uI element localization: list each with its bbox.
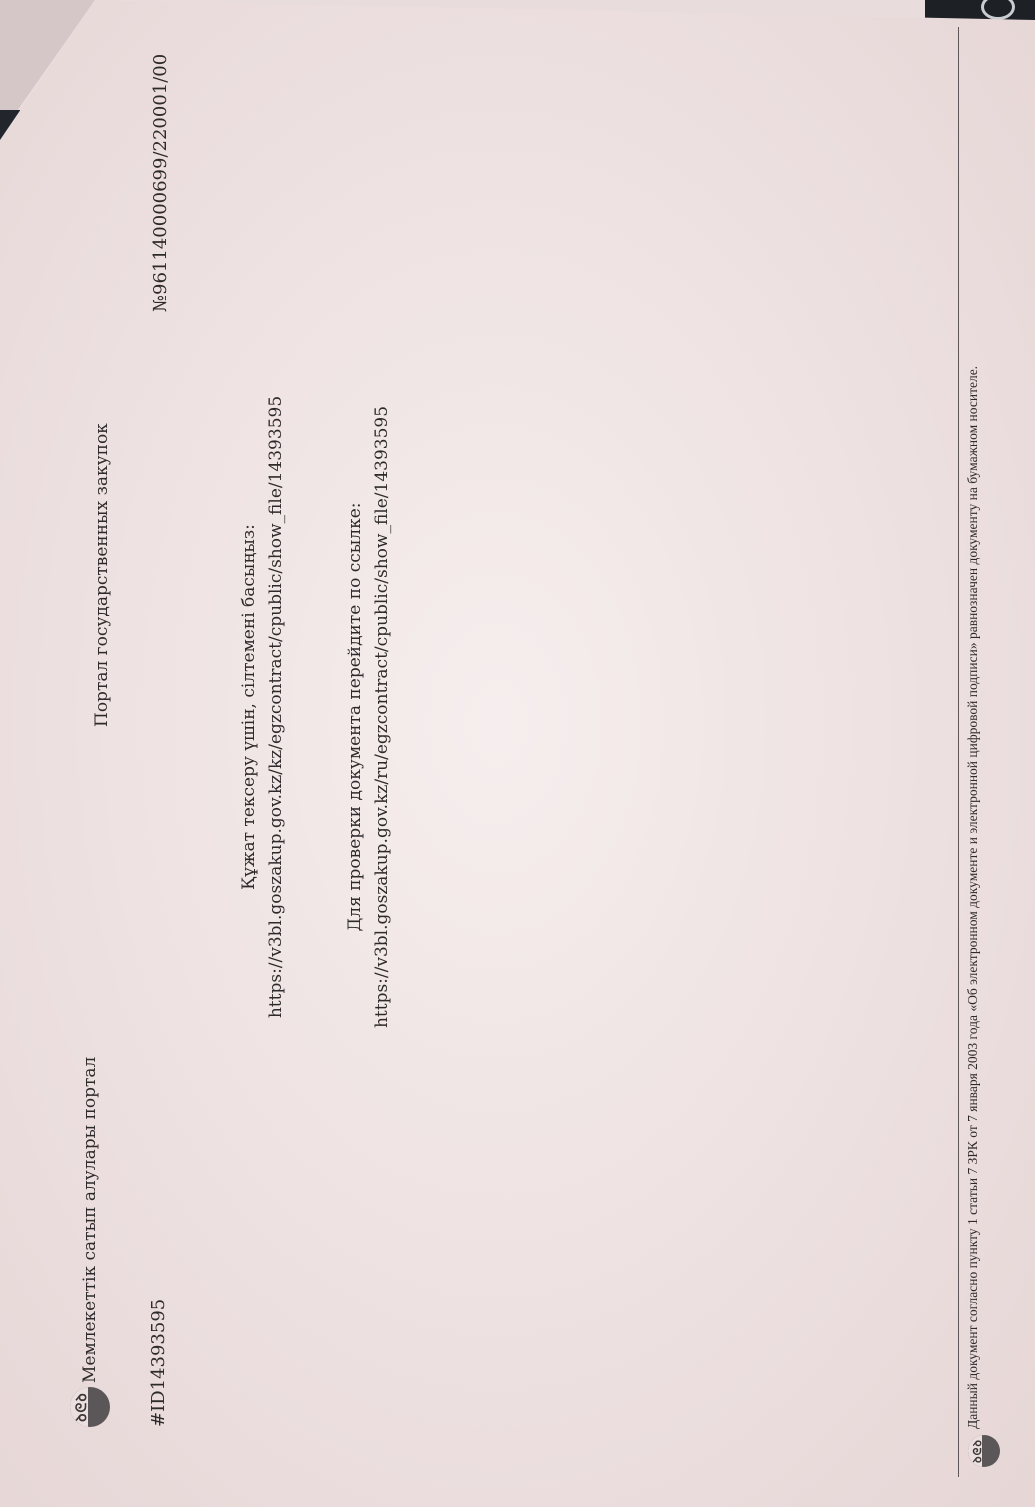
header-title-ru: Портал государственных закупок (92, 423, 112, 727)
paper-sheet: ꝺᘓꝺ Мемлекеттік сатып алулары портал Пор… (0, 0, 1035, 1507)
logo-ornament: ꝺᘓꝺ (72, 1390, 91, 1424)
document-page: ꝺᘓꝺ Мемлекеттік сатып алулары портал Пор… (0, 0, 1035, 1507)
verification-label-ru: Для проверки документа перейдите по ссыл… (342, 367, 369, 1067)
verification-label-kz: Құжат тексеру үшін, сілтемені басыңыз: (236, 367, 263, 1047)
document-id: #ID14393595 (148, 1299, 169, 1427)
document-number: №961140000699/220001/00 (150, 54, 171, 312)
footer-logo-icon: ꝺᘓꝺ (968, 1435, 1000, 1467)
footer-legal-note: Данный документ согласно пункту 1 статьи… (964, 9, 982, 1429)
footer-divider (958, 27, 959, 1477)
verification-link-ru[interactable]: https://v3bl.goszakup.gov.kz/ru/egzcontr… (369, 367, 396, 1067)
verification-block-ru: Для проверки документа перейдите по ссыл… (342, 367, 396, 1067)
verification-link-kz[interactable]: https://v3bl.goszakup.gov.kz/kz/egzcontr… (263, 367, 290, 1047)
header-title-kz: Мемлекеттік сатып алулары портал (80, 1057, 100, 1383)
logo-ornament: ꝺᘓꝺ (970, 1438, 985, 1464)
goszakup-logo-icon: ꝺᘓꝺ (70, 1387, 110, 1427)
verification-block-kz: Құжат тексеру үшін, сілтемені басыңыз: h… (236, 367, 290, 1047)
